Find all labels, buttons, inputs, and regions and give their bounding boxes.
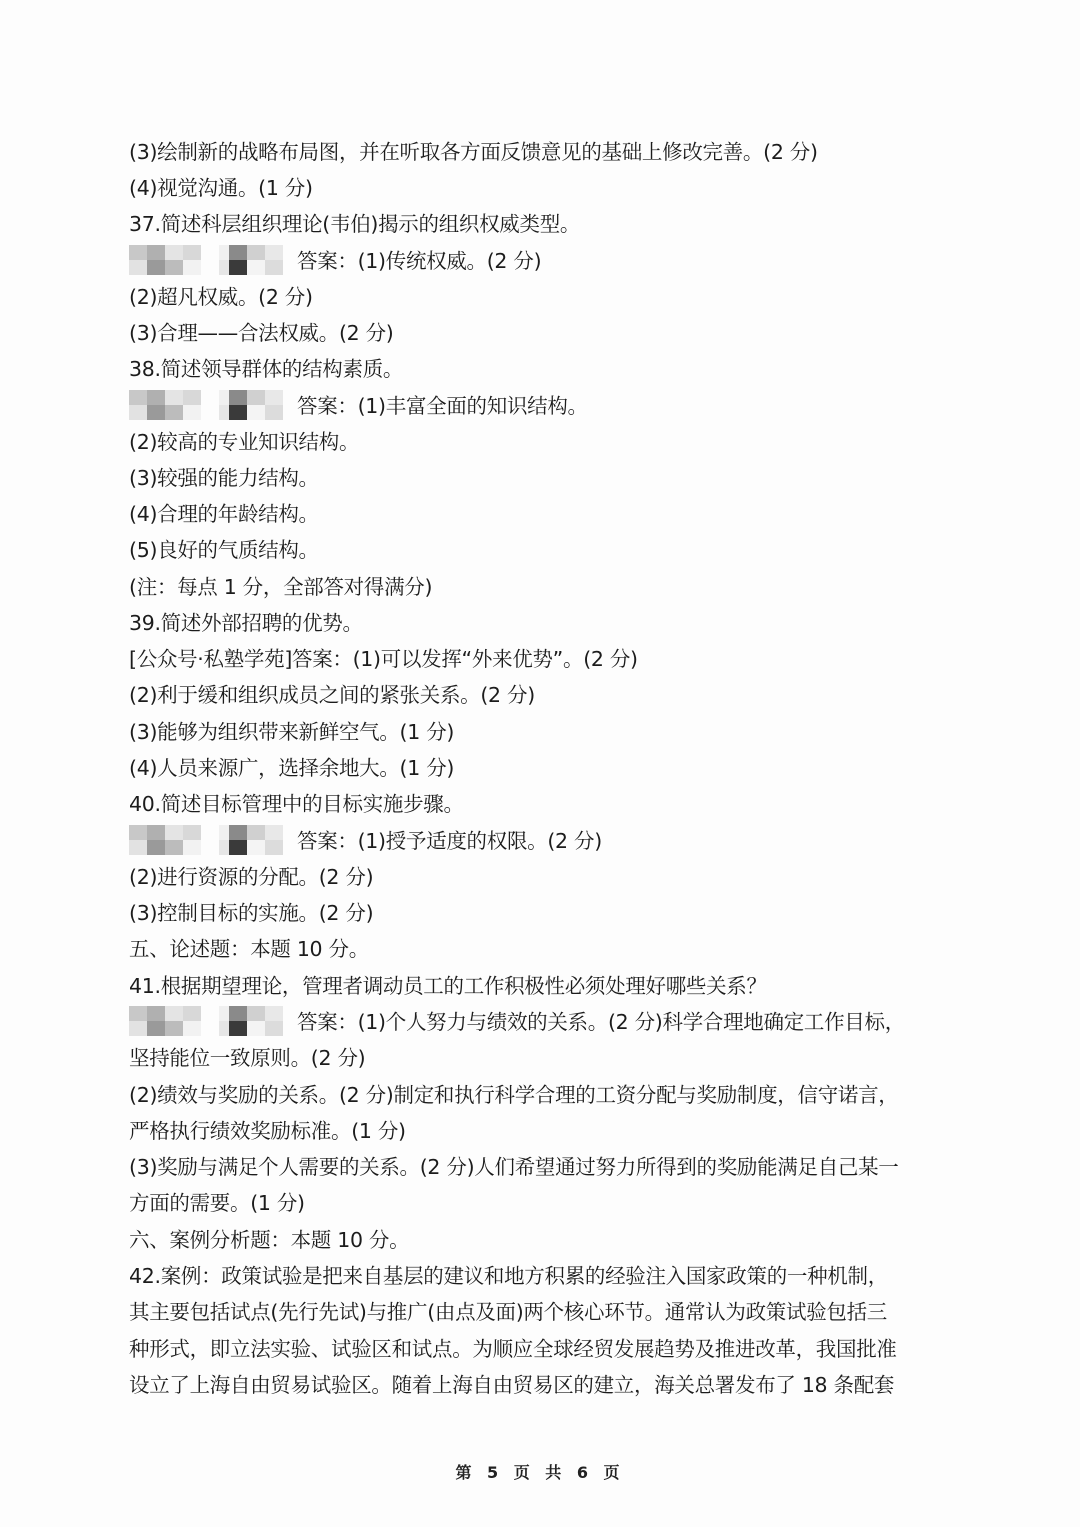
text-line: (3)能够为组织带来新鲜空气。(1 分) [129, 714, 454, 750]
redacted-mosaic [129, 245, 297, 275]
line-text: 38.简述领导群体的结构素质。 [129, 357, 403, 381]
answer-line: 答案：(1)授予适度的权限。(2 分) [129, 823, 602, 859]
text-line: 37.简述科层组织理论(韦伯)揭示的组织权威类型。 [129, 206, 580, 242]
redacted-mosaic [129, 825, 297, 855]
document-page: (3)绘制新的战略布局图，并在听取各方面反馈意见的基础上修改完善。(2 分)(4… [0, 0, 1080, 1527]
text-line: (4)合理的年龄结构。 [129, 496, 319, 532]
text-line: 其主要包括试点(先行先试)与推广(由点及面)两个核心环节。通常认为政策试验包括三 [129, 1294, 887, 1330]
text-line: 42.案例：政策试验是把来自基层的建议和地方积累的经验注入国家政策的一种机制， [129, 1258, 888, 1294]
line-text: (4)视觉沟通。(1 分) [129, 176, 313, 200]
text-line: 六、案例分析题：本题 10 分。 [129, 1222, 409, 1258]
line-text: 严格执行绩效奖励标准。(1 分) [129, 1119, 406, 1143]
line-text: (3)绘制新的战略布局图，并在听取各方面反馈意见的基础上修改完善。(2 分) [129, 140, 818, 164]
line-text: 答案：(1)丰富全面的知识结构。 [297, 394, 588, 418]
text-line: 设立了上海自由贸易试验区。随着上海自由贸易区的建立，海关总署发布了 18 条配套 [129, 1367, 894, 1403]
text-line: (3)控制目标的实施。(2 分) [129, 895, 373, 931]
line-text: (5)良好的气质结构。 [129, 538, 319, 562]
line-text: (3)奖励与满足个人需要的关系。(2 分)人们希望通过努力所得到的奖励能满足自己… [129, 1155, 899, 1179]
line-text: 其主要包括试点(先行先试)与推广(由点及面)两个核心环节。通常认为政策试验包括三 [129, 1300, 887, 1324]
line-text: 方面的需要。(1 分) [129, 1191, 305, 1215]
line-text: [公众号·私塾学苑]答案：(1)可以发挥“外来优势”。(2 分) [129, 647, 638, 671]
line-text: (注：每点 1 分，全部答对得满分) [129, 575, 432, 599]
answer-line: 答案：(1)个人努力与绩效的关系。(2 分)科学合理地确定工作目标， [129, 1004, 905, 1040]
line-text: 坚持能位一致原则。(2 分) [129, 1046, 365, 1070]
page-number-footer: 第 5 页 共 6 页 [0, 1460, 1080, 1483]
text-line: 方面的需要。(1 分) [129, 1185, 305, 1221]
text-line: (2)较高的专业知识结构。 [129, 424, 359, 460]
text-line: (4)人员来源广，选择余地大。(1 分) [129, 750, 454, 786]
line-text: 答案：(1)授予适度的权限。(2 分) [297, 829, 602, 853]
redacted-mosaic [129, 1006, 297, 1036]
text-line: 严格执行绩效奖励标准。(1 分) [129, 1113, 406, 1149]
line-text: (4)人员来源广，选择余地大。(1 分) [129, 756, 454, 780]
answer-line: 答案：(1)丰富全面的知识结构。 [129, 388, 588, 424]
line-text: (3)能够为组织带来新鲜空气。(1 分) [129, 720, 454, 744]
text-line: 40.简述目标管理中的目标实施步骤。 [129, 786, 464, 822]
line-text: 39.简述外部招聘的优势。 [129, 611, 363, 635]
line-text: (2)进行资源的分配。(2 分) [129, 865, 373, 889]
text-line: 五、论述题：本题 10 分。 [129, 931, 369, 967]
text-line: (注：每点 1 分，全部答对得满分) [129, 569, 432, 605]
line-text: 37.简述科层组织理论(韦伯)揭示的组织权威类型。 [129, 212, 580, 236]
text-line: (5)良好的气质结构。 [129, 532, 319, 568]
text-line: (3)绘制新的战略布局图，并在听取各方面反馈意见的基础上修改完善。(2 分) [129, 134, 818, 170]
text-line: 39.简述外部招聘的优势。 [129, 605, 363, 641]
text-line: (2)绩效与奖励的关系。(2 分)制定和执行科学合理的工资分配与奖励制度，信守诺… [129, 1077, 899, 1113]
text-line: 种形式，即立法实验、试验区和试点。为顺应全球经贸发展趋势及推进改革，我国批准 [129, 1331, 897, 1367]
text-line: (3)较强的能力结构。 [129, 460, 319, 496]
line-text: (3)较强的能力结构。 [129, 466, 319, 490]
line-text: 42.案例：政策试验是把来自基层的建议和地方积累的经验注入国家政策的一种机制， [129, 1264, 888, 1288]
text-line: (3)奖励与满足个人需要的关系。(2 分)人们希望通过努力所得到的奖励能满足自己… [129, 1149, 899, 1185]
line-text: 答案：(1)个人努力与绩效的关系。(2 分)科学合理地确定工作目标， [297, 1010, 905, 1034]
text-line: (4)视觉沟通。(1 分) [129, 170, 313, 206]
line-text: (3)控制目标的实施。(2 分) [129, 901, 373, 925]
line-text: 五、论述题：本题 10 分。 [129, 937, 369, 961]
text-line: 38.简述领导群体的结构素质。 [129, 351, 403, 387]
line-text: (3)合理——合法权威。(2 分) [129, 321, 394, 345]
answer-line: 答案：(1)传统权威。(2 分) [129, 243, 541, 279]
line-text: 种形式，即立法实验、试验区和试点。为顺应全球经贸发展趋势及推进改革，我国批准 [129, 1337, 897, 1361]
text-line: (2)利于缓和组织成员之间的紧张关系。(2 分) [129, 677, 535, 713]
line-text: (2)较高的专业知识结构。 [129, 430, 359, 454]
redacted-mosaic [129, 390, 297, 420]
line-text: 答案：(1)传统权威。(2 分) [297, 249, 541, 273]
text-line: [公众号·私塾学苑]答案：(1)可以发挥“外来优势”。(2 分) [129, 641, 638, 677]
line-text: (2)绩效与奖励的关系。(2 分)制定和执行科学合理的工资分配与奖励制度，信守诺… [129, 1083, 899, 1107]
line-text: (4)合理的年龄结构。 [129, 502, 319, 526]
line-text: 设立了上海自由贸易试验区。随着上海自由贸易区的建立，海关总署发布了 18 条配套 [129, 1373, 894, 1397]
line-text: (2)超凡权威。(2 分) [129, 285, 313, 309]
text-line: 坚持能位一致原则。(2 分) [129, 1040, 365, 1076]
line-text: 40.简述目标管理中的目标实施步骤。 [129, 792, 464, 816]
text-line: (3)合理——合法权威。(2 分) [129, 315, 394, 351]
text-line: 41.根据期望理论，管理者调动员工的工作积极性必须处理好哪些关系？ [129, 968, 767, 1004]
line-text: 41.根据期望理论，管理者调动员工的工作积极性必须处理好哪些关系？ [129, 974, 767, 998]
text-line: (2)超凡权威。(2 分) [129, 279, 313, 315]
text-line: (2)进行资源的分配。(2 分) [129, 859, 373, 895]
line-text: (2)利于缓和组织成员之间的紧张关系。(2 分) [129, 683, 535, 707]
line-text: 六、案例分析题：本题 10 分。 [129, 1228, 409, 1252]
